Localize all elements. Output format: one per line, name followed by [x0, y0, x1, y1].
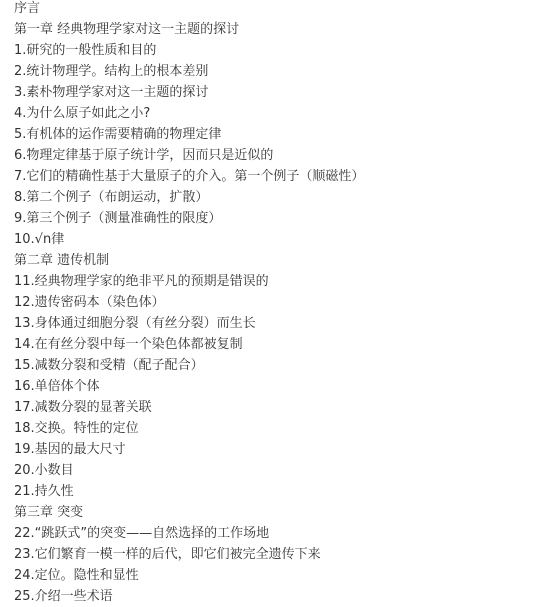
toc-item: 24.定位。隐性和显性: [14, 567, 541, 588]
toc-item: 6.物理定律基于原子统计学，因而只是近似的: [14, 147, 541, 168]
toc-item: 17.减数分裂的显著关联: [14, 399, 541, 420]
toc-item: 4.为什么原子如此之小?: [14, 105, 541, 126]
toc-item: 14.在有丝分裂中每一个染色体都被复制: [14, 336, 541, 357]
toc-item: 18.交换。特性的定位: [14, 420, 541, 441]
toc-item: 10.√n律: [14, 231, 541, 252]
toc-item: 1.研究的一般性质和目的: [14, 42, 541, 63]
toc-item: 13.身体通过细胞分裂（有丝分裂）而生长: [14, 315, 541, 336]
toc-item: 5.有机体的运作需要精确的物理定律: [14, 126, 541, 147]
toc-item: 19.基因的最大尺寸: [14, 441, 541, 462]
toc-item: 16.单倍体个体: [14, 378, 541, 399]
toc-item: 20.小数目: [14, 462, 541, 483]
toc-item: 12.遗传密码本（染色体）: [14, 294, 541, 315]
toc-item: 25.介绍一些术语: [14, 588, 541, 607]
toc-preface: 序言: [14, 0, 541, 21]
toc-chapter-3-heading: 第三章 突变: [14, 504, 541, 525]
toc-item: 7.它们的精确性基于大量原子的介入。第一个例子（顺磁性）: [14, 168, 541, 189]
toc-item: 2.统计物理学。结构上的根本差别: [14, 63, 541, 84]
toc-item: 23.它们繁育一模一样的后代，即它们被完全遗传下来: [14, 546, 541, 567]
toc-item: 21.持久性: [14, 483, 541, 504]
toc-item: 22.“跳跃式”的突变——自然选择的工作场地: [14, 525, 541, 546]
toc-item: 11.经典物理学家的绝非平凡的预期是错误的: [14, 273, 541, 294]
toc-item: 15.减数分裂和受精（配子配合）: [14, 357, 541, 378]
toc-item: 9.第三个例子（测量准确性的限度）: [14, 210, 541, 231]
toc-item: 3.素朴物理学家对这一主题的探讨: [14, 84, 541, 105]
toc-chapter-2-heading: 第二章 遗传机制: [14, 252, 541, 273]
toc-item: 8.第二个例子（布朗运动，扩散）: [14, 189, 541, 210]
toc-chapter-1-heading: 第一章 经典物理学家对这一主题的探讨: [14, 21, 541, 42]
table-of-contents: 序言 第一章 经典物理学家对这一主题的探讨 1.研究的一般性质和目的 2.统计物…: [0, 0, 541, 607]
